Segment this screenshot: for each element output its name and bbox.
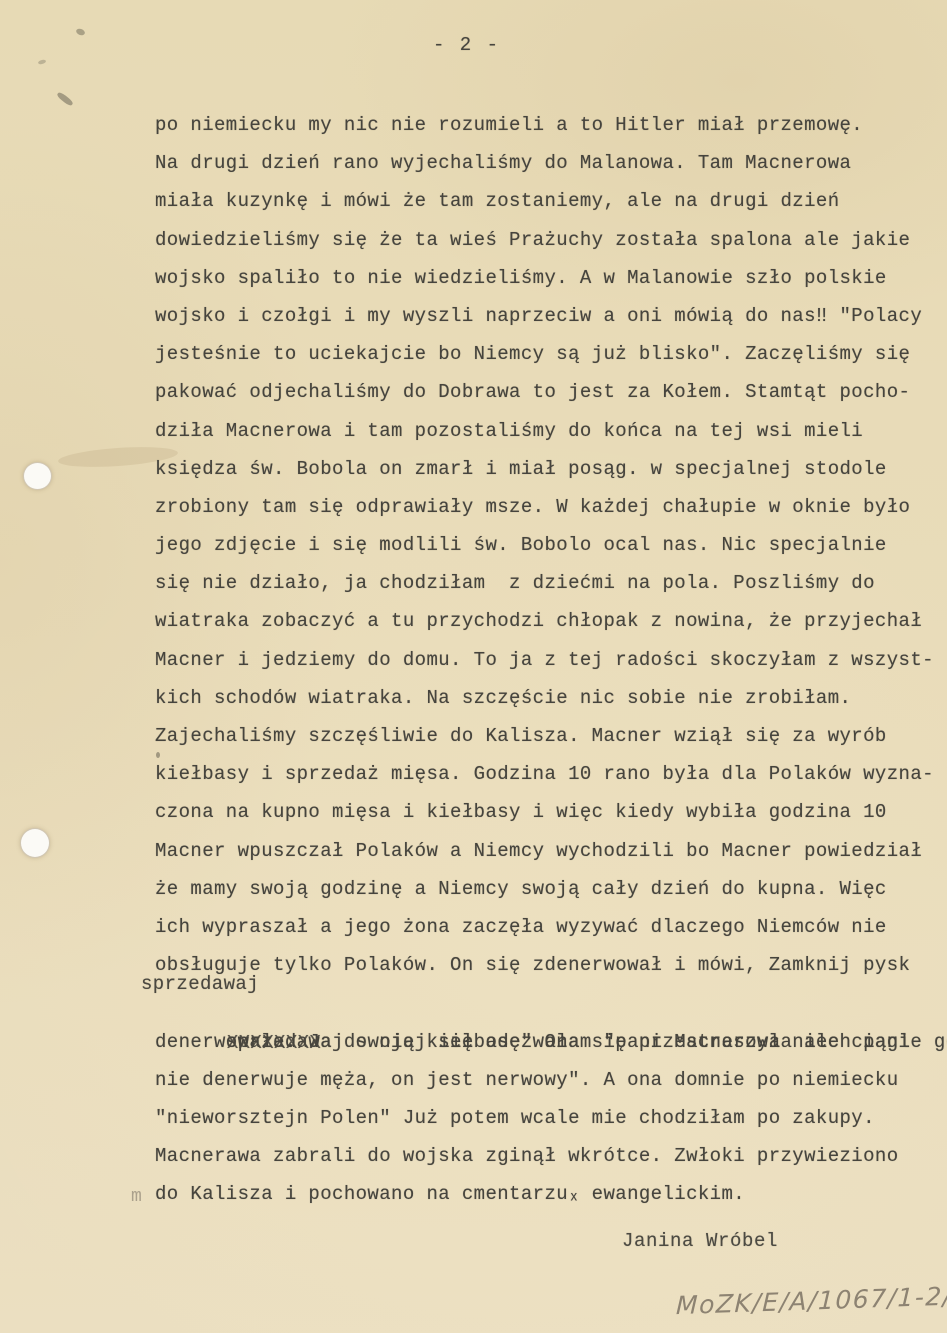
typed-line: Macner wpuszczał Polaków a Niemcy wychod…: [155, 832, 935, 870]
struck-out-word: sprzedawajXXXXXXXX: [226, 1023, 344, 1061]
typed-line: kich schodów wiatraka. Na szczęście nic …: [155, 679, 935, 717]
author-signature: Janina Wróbel: [622, 1230, 778, 1252]
paper-smudge: [38, 59, 47, 65]
typed-line-remainder: swoją kiełbasę" Ona się przestraszyła al…: [344, 1031, 947, 1053]
interline-correction-word: sprzedawaj: [141, 965, 259, 1003]
paper-smudge: [56, 91, 74, 107]
strikeout-x-overlay: XXXXXXXX: [227, 1024, 321, 1062]
typed-line: wojsko i czołgi i my wyszli naprzeciw a …: [155, 297, 935, 335]
page-number: - 2 -: [433, 34, 500, 56]
typed-line: Zajechaliśmy szczęśliwie do Kalisza. Mac…: [155, 717, 935, 755]
typed-line: czona na kupno mięsa i kiełbasy i więc k…: [155, 793, 935, 831]
typed-line: po niemiecku my nic nie rozumieli a to H…: [155, 106, 935, 144]
paper-smudge: [75, 28, 86, 37]
typed-line: że mamy swoją godzinę a Niemcy swoją cał…: [155, 870, 935, 908]
typed-text-block: po niemiecku my nic nie rozumieli a to H…: [155, 106, 935, 1213]
typed-line: wojsko spaliło to nie wiedzieliśmy. A w …: [155, 259, 935, 297]
typed-line: jesteśnie to uciekajcie bo Niemcy są już…: [155, 335, 935, 373]
typed-line: Macnerawa zabrali do wojska zginął wkrót…: [155, 1137, 935, 1175]
typed-line: kiełbasy i sprzedaż mięsa. Godzina 10 ra…: [155, 755, 935, 793]
typed-line: zrobiony tam się odprawiały msze. W każd…: [155, 488, 935, 526]
punch-hole-bottom: [20, 828, 50, 858]
typed-line: miała kuzynkę i mówi że tam zostaniemy, …: [155, 182, 935, 220]
typed-line: dziła Macnerowa i tam pozostaliśmy do ko…: [155, 412, 935, 450]
handwritten-archive-reference: MoZK/E/A/1067/1-2/2: [676, 1281, 947, 1320]
typed-line: księdza św. Bobola on zmarł i miał posąg…: [155, 450, 935, 488]
typed-line: wiatraka zobaczyć a tu przychodzi chłopa…: [155, 602, 935, 640]
typed-line: do Kalisza i pochowano na cmentarzuₓ ewa…: [155, 1175, 935, 1213]
typed-line: obsługuje tylko Polaków. On się zdenerwo…: [155, 946, 935, 984]
typed-line: dowiedzieliśmy się że ta wieś Prażuchy z…: [155, 221, 935, 259]
scanned-typescript-page: - 2 - po niemiecku my nic nie rozumieli …: [0, 0, 947, 1333]
typed-line: Macner i jedziemy do domu. To ja z tej r…: [155, 641, 935, 679]
typed-line: się nie działo, ja chodziłam z dziećmi n…: [155, 564, 935, 602]
margin-stray-mark: m: [131, 1187, 143, 1207]
punch-hole-top: [23, 462, 52, 490]
typed-line: pakować odjechaliśmy do Dobrawa to jest …: [155, 373, 935, 411]
typed-line: Na drugi dzień rano wyjechaliśmy do Mala…: [155, 144, 935, 182]
typed-line: nie denerwuje męża, on jest nerwowy". A …: [155, 1061, 935, 1099]
typed-line-with-correction: sprzedawajsprzedawajXXXXXXXX swoją kiełb…: [155, 984, 935, 1022]
typed-line: ich wypraszał a jego żona zaczęła wyzywa…: [155, 908, 935, 946]
typed-line: jego zdjęcie i się modlili św. Bobolo oc…: [155, 526, 935, 564]
typed-line: "nieworsztejn Polen" Już potem wcale mie…: [155, 1099, 935, 1137]
